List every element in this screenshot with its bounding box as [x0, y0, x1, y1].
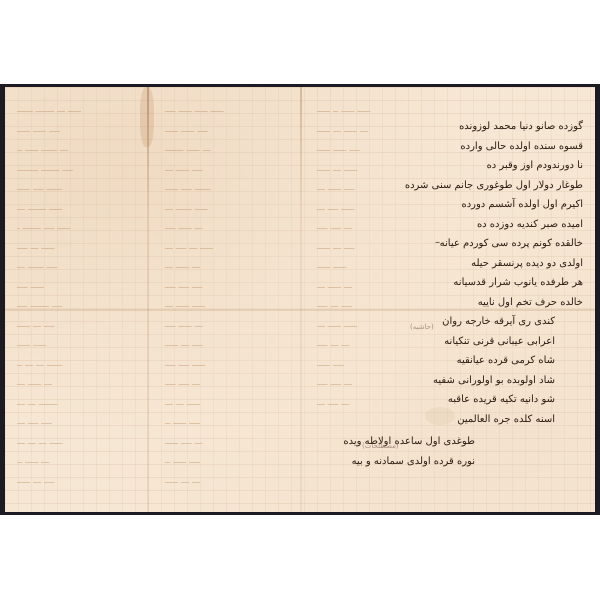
bleed-line: ـــ ــــ ــــ — [165, 374, 295, 394]
main-handwritten-text: گوزده صانو دنیا محمد لوزونده قسوه سنده ا… — [393, 117, 583, 312]
bleed-line: ـــ ـــــ ـــــــ — [165, 140, 295, 160]
text-line: هر طرفده یانوب شرار قدسیانه — [393, 273, 583, 293]
text-line: اولدی دو دیده پرنسقر حیله — [393, 254, 583, 274]
bleed-line: ـــــ ـــ ـــــــ ــــــ — [17, 101, 142, 121]
text-line: شو دانیه تکیه قریده عاقبه — [355, 390, 555, 410]
bleed-line: ـــــ ـــــ ـــ — [165, 296, 295, 316]
bleed-line: ـــــ ــــ — [17, 277, 142, 297]
bleed-line: ـــــ ـــ ــــ — [17, 238, 142, 258]
text-line: نا دورندودم اوز وقبر ده — [393, 156, 583, 176]
text-line: نوره قرده اولدی سمادنه و بیه — [255, 452, 475, 472]
bleed-line: ـــ ـــــ ـــ — [165, 257, 295, 277]
bleed-line: ـــــ ـــــ — [17, 335, 142, 355]
bleed-line: ــــ ــــــ ـــ — [17, 257, 142, 277]
bleed-line: ـــــ ــــــ ـــ — [165, 199, 295, 219]
bleed-line: ـــ ــــــ ـــــ ــ — [17, 140, 142, 160]
bleed-line: ـــ ـــــ ـــ — [17, 374, 142, 394]
bleed-line: ــــ ـــــ ـــ — [165, 160, 295, 180]
bleed-line: ــــ ــــ ـــ — [17, 413, 142, 433]
bleed-line: ــــ ـــــ ـــــ — [165, 121, 295, 141]
text-line: شاه کرمی قرده عیانقیه — [355, 351, 555, 371]
bleed-line: ـــــ ـــ ـــ — [165, 394, 295, 414]
bleed-through-column-1: ـــــ ـــ ـــــــ ــــــ ــــ ـــــ ــــ… — [17, 101, 142, 491]
text-line: خالده حرف تخم اول ناییه — [393, 293, 583, 313]
bleed-line: ـــــ ـــ ـــ ـــ — [17, 433, 142, 453]
bleed-line: ــــ ــــ ــــ — [165, 277, 295, 297]
bleed-line: ــــــ ـــ ـــ ــ — [17, 355, 142, 375]
bleed-line: ـــــــ ـــ ـــ — [17, 394, 142, 414]
fold-line-vertical-left — [147, 87, 149, 512]
text-line: امیده صبر کندیه دوزده ده — [393, 215, 583, 235]
bleed-line: ــــ ـــــــ ــــــــ — [17, 160, 142, 180]
bleed-line: ـــ ـــــ ــ — [17, 452, 142, 472]
bleed-line: ــــــ ــــ ـــــ — [17, 179, 142, 199]
text-line: شاد اولوبده بو اولورانی شفیه — [355, 371, 555, 391]
text-line: خالقده کونم پرده سی کوردم عیانه — [393, 234, 583, 254]
text-line: اسنه کلده جره العالمین — [355, 410, 555, 430]
bleed-line: ـــــ ـــــــ ـــ — [17, 199, 142, 219]
bleed-line: ــــــ ــــ ـــــ — [165, 179, 295, 199]
bleed-line: ــــ ـــ ـــــ — [17, 316, 142, 336]
margin-note: (مصطلحات) — [362, 442, 399, 450]
bleed-line: ــــ ـــــ ـــــ — [17, 121, 142, 141]
bleed-line: ـــــ ـــ ــــ ـــ — [165, 238, 295, 258]
text-line: کندی ری آیرقه خارجه روان — [355, 312, 555, 332]
text-line: گوزده صانو دنیا محمد لوزونده — [393, 117, 583, 137]
bleed-line: ـــ ـــ ـــــ — [165, 472, 295, 492]
bleed-line: ــــ ـــ ـــــ — [17, 472, 142, 492]
manuscript-sheet: ـــــ ـــ ـــــــ ــــــ ــــ ـــــ ــــ… — [5, 87, 595, 512]
bleed-line: ــــ ـــ ـــــ — [165, 335, 295, 355]
text-line: اعرابی عیبانی قرنی تنکیانه — [355, 332, 555, 352]
text-line: قسوه سنده اولده حالی وارده — [393, 137, 583, 157]
bleed-line: ـــــ ـــــ ـــــ ــــ — [165, 101, 295, 121]
margin-note: (حاشیه) — [410, 323, 434, 331]
main-handwritten-text-continued: کندی ری آیرقه خارجه روان اعرابی عیبانی ق… — [355, 312, 555, 429]
bleed-line: ــــ ـــــــ ــــ — [17, 296, 142, 316]
dash-mark: – — [435, 237, 440, 248]
text-line: اکیرم اول اولده آشسم دورده — [393, 195, 583, 215]
bleed-line: ـــ ـــــ ــــ — [165, 316, 295, 336]
bleed-line: ـــ ـــــ ــــ — [165, 218, 295, 238]
text-line: طوغار دولار اول طوغوری جانم سنی شرده — [393, 176, 583, 196]
main-handwritten-text-footer: طوغدی اول ساعده اولاطه ویده نوره قرده او… — [255, 432, 475, 471]
bleed-line: ــــ ـــــ ــ — [165, 413, 295, 433]
bleed-line: ـــــ ــــ ــــ — [165, 355, 295, 375]
bleed-line: ـــــ ــــ ـــــــ ـ — [17, 218, 142, 238]
scan-canvas: ـــــ ـــ ـــــــ ــــــ ــــ ـــــ ــــ… — [0, 0, 600, 600]
